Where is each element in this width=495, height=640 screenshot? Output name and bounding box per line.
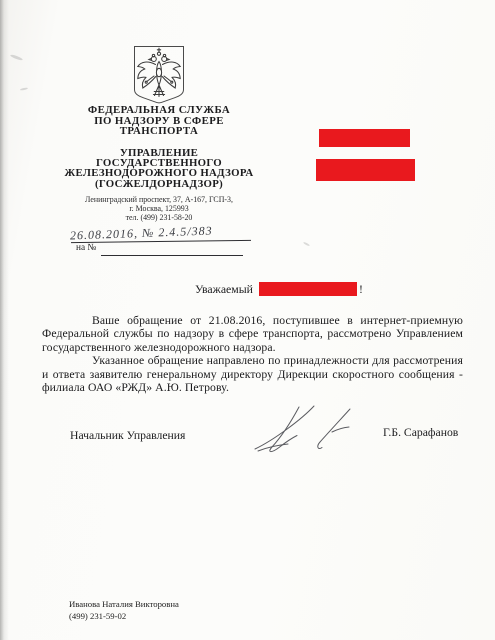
- agency-name: ФЕДЕРАЛЬНАЯ СЛУЖБА ПО НАДЗОРУ В СФЕРЕ ТР…: [39, 105, 279, 137]
- scan-artifact: [20, 87, 28, 91]
- redaction-box: [316, 159, 415, 181]
- phone-line: тел. (499) 231-58-20: [39, 214, 279, 223]
- russia-coat-of-arms-icon: [133, 45, 185, 105]
- salutation-prefix: Уважаемый: [195, 282, 253, 296]
- letter-body: Ваше обращение от 21.08.2016, поступивше…: [42, 314, 463, 394]
- scan-artifact: [303, 241, 310, 246]
- body-line: и ответа заявителю генеральному директор…: [42, 368, 463, 381]
- body-line: государственного железнодорожного надзор…: [42, 341, 463, 354]
- department-name: УПРАВЛЕНИЕ ГОСУДАРСТВЕННОГО ЖЕЛЕЗНОДОРОЖ…: [39, 148, 279, 189]
- in-reply-to-label: на №: [76, 243, 96, 253]
- body-line: Федеральной службы по надзору в сфере тр…: [42, 327, 463, 340]
- agency-line: ФЕДЕРАЛЬНАЯ СЛУЖБА: [39, 105, 279, 116]
- handwritten-signature-icon: [252, 402, 367, 454]
- signer-position: Начальник Управления: [70, 429, 185, 442]
- body-line: Ваше обращение от 21.08.2016, поступивше…: [42, 314, 463, 327]
- executor-phone: (499) 231-59-02: [69, 611, 179, 623]
- redaction-box: [319, 129, 410, 147]
- executor-name: Иванова Наталия Викторовна: [69, 599, 179, 611]
- in-reply-to-blank-line: [101, 255, 243, 256]
- redaction-box: [259, 282, 357, 296]
- department-line: (ГОСЖЕЛДОРНАДЗОР): [39, 179, 279, 189]
- signer-name: Г.Б. Сарафанов: [383, 426, 458, 439]
- scanned-letter-page: ФЕДЕРАЛЬНАЯ СЛУЖБА ПО НАДЗОРУ В СФЕРЕ ТР…: [0, 0, 495, 640]
- executor-block: Иванова Наталия Викторовна (499) 231-59-…: [69, 599, 179, 622]
- agency-line: ТРАНСПОРТА: [39, 126, 279, 137]
- scan-edge-shadow: [0, 0, 9, 640]
- scan-artifact: [10, 54, 23, 61]
- body-line: Указанное обращение направлено по принад…: [42, 354, 463, 367]
- salutation: Уважаемый!: [195, 282, 363, 297]
- contact-address: Ленинградский проспект, 37, А-167, ГСП-3…: [39, 196, 279, 223]
- salutation-punctuation: !: [359, 282, 363, 296]
- body-line: филиала ОАО «РЖД» А.Ю. Петрову.: [42, 381, 463, 394]
